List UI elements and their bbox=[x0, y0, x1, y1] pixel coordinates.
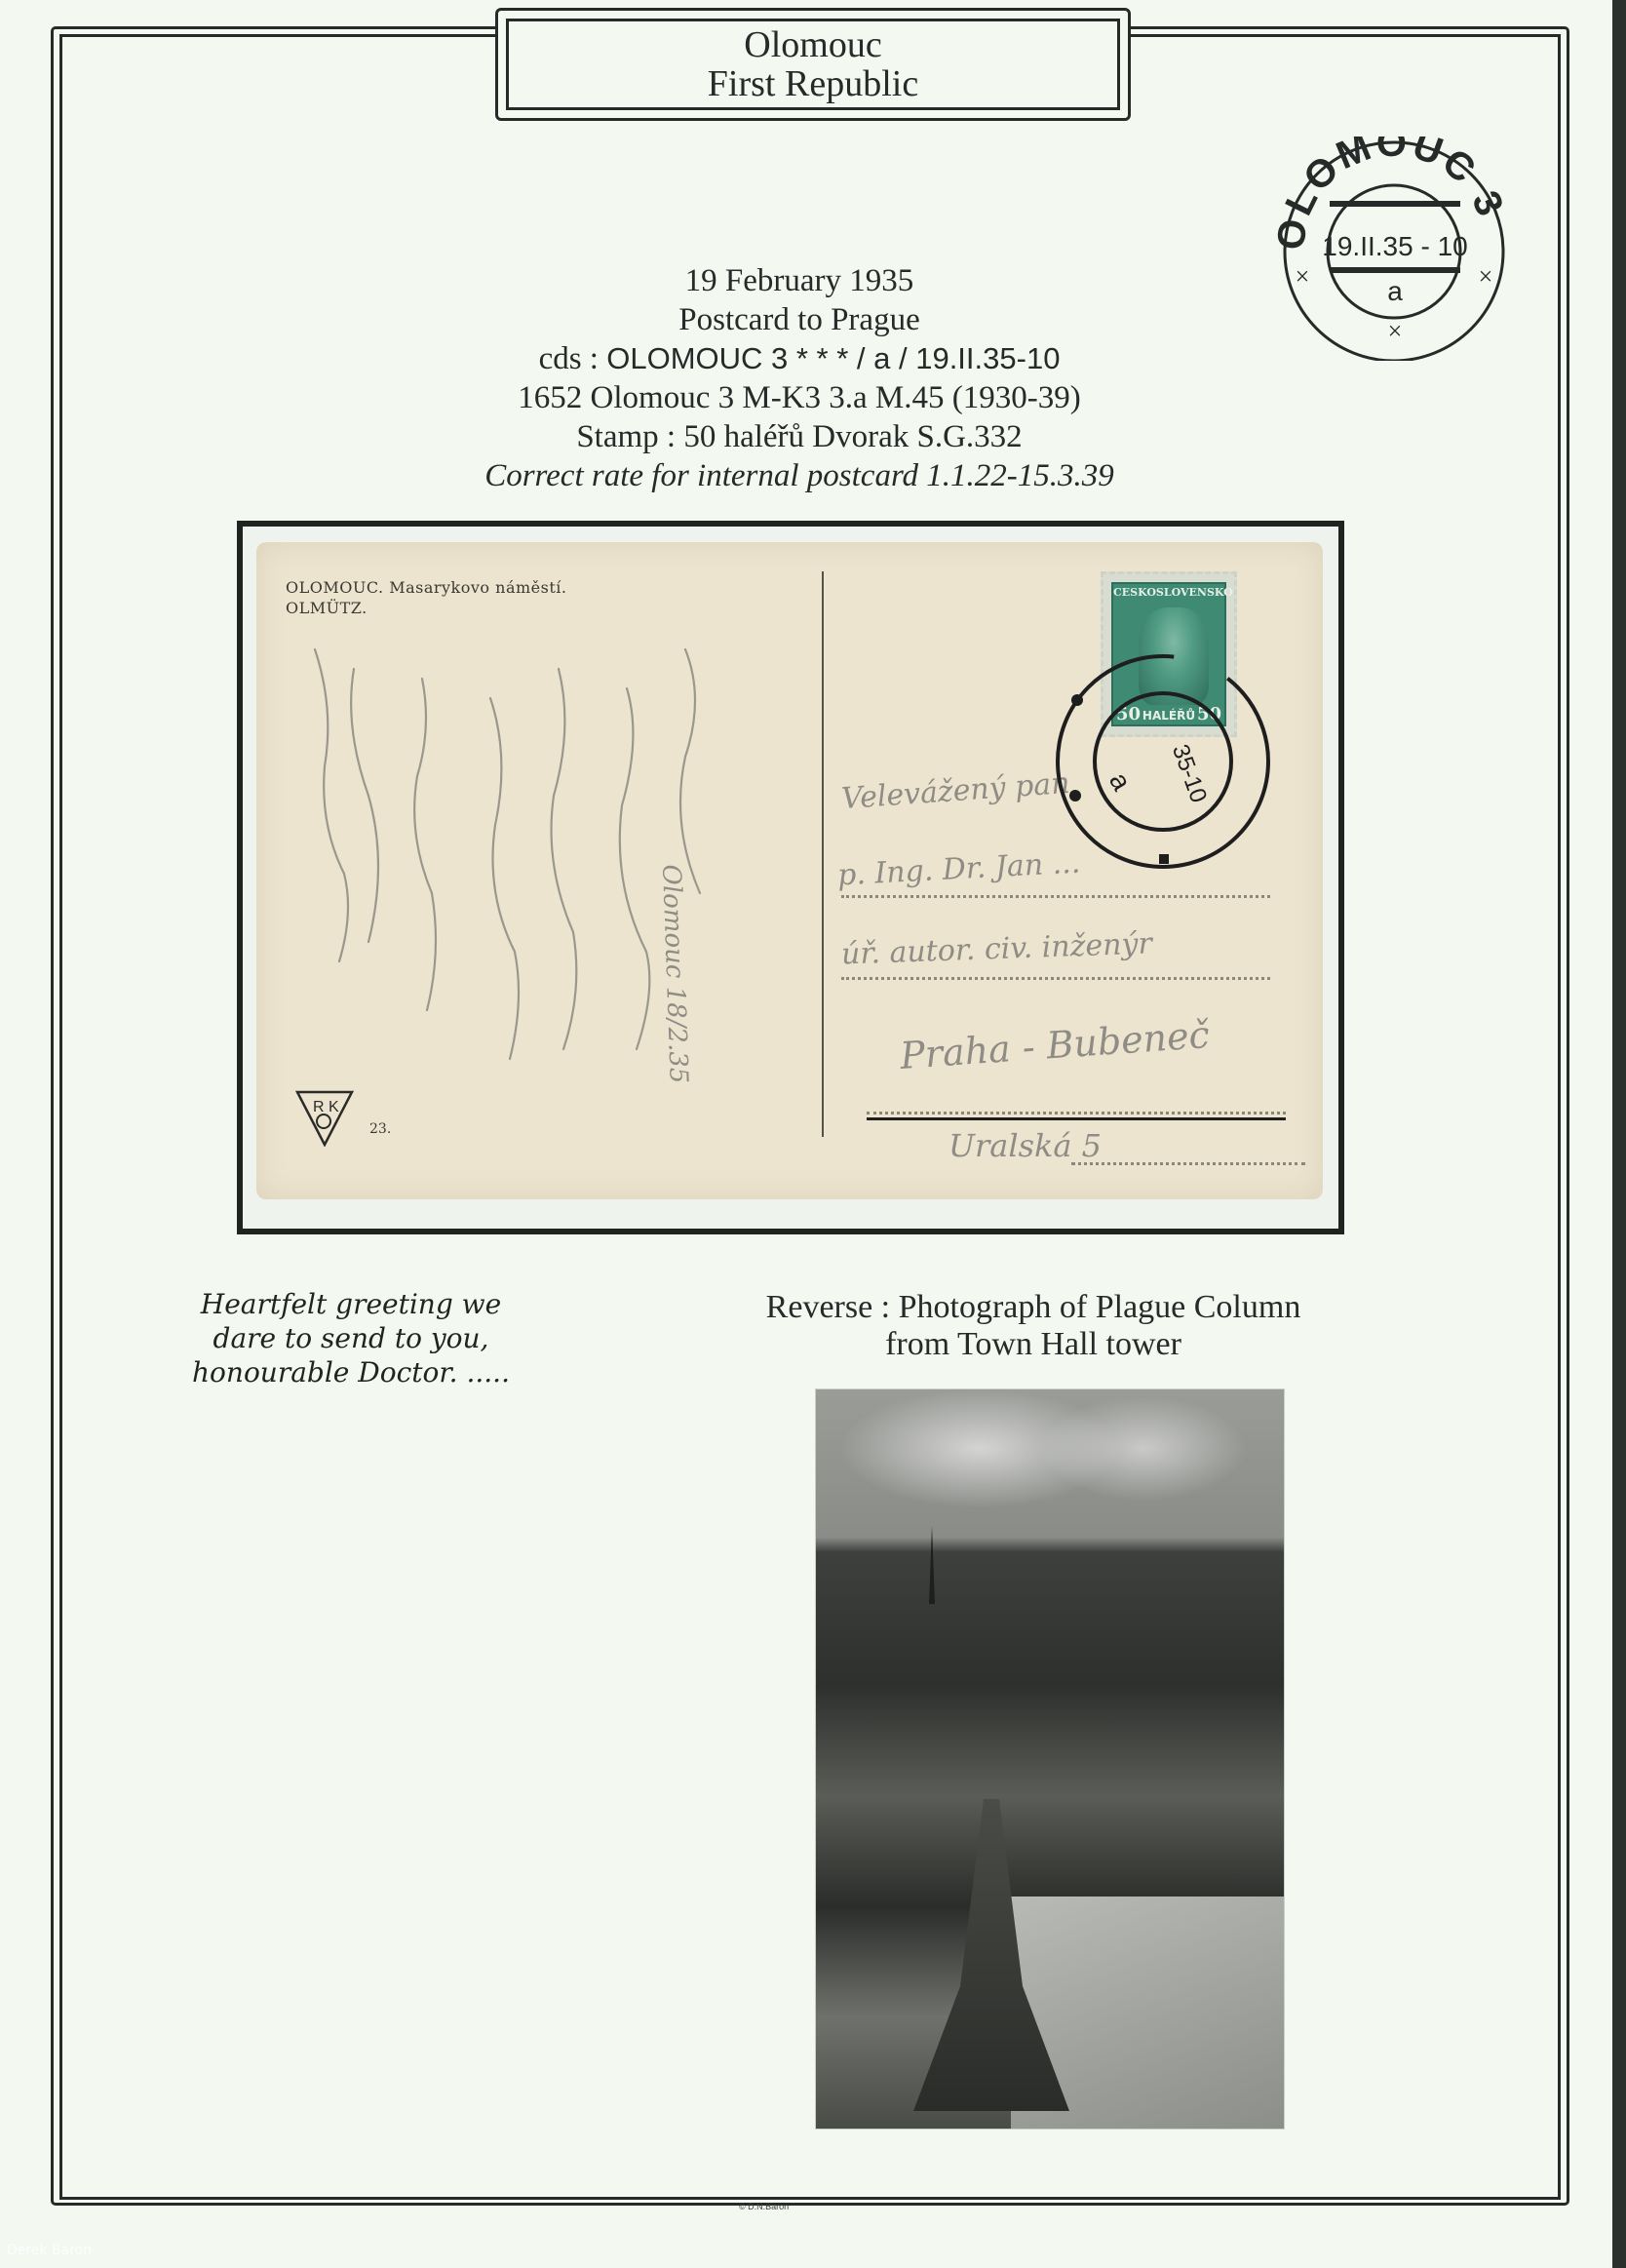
cds-ornament-right: × bbox=[1479, 262, 1493, 291]
cds-value: OLOMOUC 3 * * * / a / 19.II.35-10 bbox=[606, 341, 1060, 375]
scan-edge-strip bbox=[1612, 0, 1626, 2268]
handwritten-message bbox=[276, 610, 802, 1156]
address-dotted-line-2 bbox=[841, 977, 1270, 980]
address-dotted-line-1 bbox=[841, 895, 1270, 898]
cds-date: 19.II.35 - 10 bbox=[1322, 231, 1467, 261]
cds-ornament-bottom: × bbox=[1388, 317, 1403, 345]
postcard-mount: OLOMOUC. Masarykovo náměstí. OLMÜTZ. Olo… bbox=[237, 521, 1344, 1234]
church-spire bbox=[929, 1526, 935, 1604]
postmark-letter: a bbox=[1103, 767, 1138, 796]
item-description: 19 February 1935 Postcard to Prague cds … bbox=[292, 261, 1306, 495]
address-dotted-line-4 bbox=[1071, 1162, 1305, 1165]
postmark-cancel: 35-10 a bbox=[1036, 640, 1290, 883]
publisher-logo-rko: R K bbox=[295, 1088, 354, 1147]
stamp-country: CESKOSLOVENSKO bbox=[1113, 586, 1224, 599]
description-date: 19 February 1935 bbox=[292, 261, 1306, 300]
reverse-caption: Reverse : Photograph of Plague Column fr… bbox=[702, 1289, 1365, 1363]
watermark: Derek Baron bbox=[7, 2243, 92, 2258]
postcard-number: 23. bbox=[369, 1121, 391, 1137]
postcard-divider bbox=[822, 571, 824, 1137]
reverse-photograph-plague-column bbox=[815, 1388, 1285, 2130]
title-box: Olomouc First Republic bbox=[495, 8, 1131, 121]
description-rate-note: Correct rate for internal postcard 1.1.2… bbox=[292, 456, 1306, 495]
postmark-date: 35-10 bbox=[1167, 741, 1212, 806]
address-dotted-line-3 bbox=[867, 1112, 1286, 1114]
description-stamp: Stamp : 50 haléřů Dvorak S.G.332 bbox=[292, 417, 1306, 456]
description-item: Postcard to Prague bbox=[292, 300, 1306, 339]
cds-letter: a bbox=[1387, 276, 1403, 306]
page-title: Olomouc bbox=[744, 25, 881, 64]
copyright-notice: © D.N.Baron bbox=[739, 2202, 789, 2211]
address-line-4: Praha - Bubeneč bbox=[899, 1013, 1211, 1077]
svg-text:K: K bbox=[329, 1099, 339, 1115]
page-subtitle: First Republic bbox=[708, 64, 918, 103]
message-translation: Heartfelt greeting we dare to send to yo… bbox=[136, 1287, 565, 1389]
address-line-3: úř. autor. civ. inženýr bbox=[840, 926, 1152, 971]
svg-text:R: R bbox=[313, 1099, 325, 1115]
description-catalogue: 1652 Olomouc 3 M-K3 3.a M.45 (1930-39) bbox=[292, 378, 1306, 417]
description-cds: cds : OLOMOUC 3 * * * / a / 19.II.35-10 bbox=[292, 339, 1306, 378]
address-line-5: Uralská 5 bbox=[948, 1127, 1102, 1164]
address-underline bbox=[867, 1117, 1286, 1120]
postcard: OLOMOUC. Masarykovo náměstí. OLMÜTZ. Olo… bbox=[256, 542, 1323, 1199]
